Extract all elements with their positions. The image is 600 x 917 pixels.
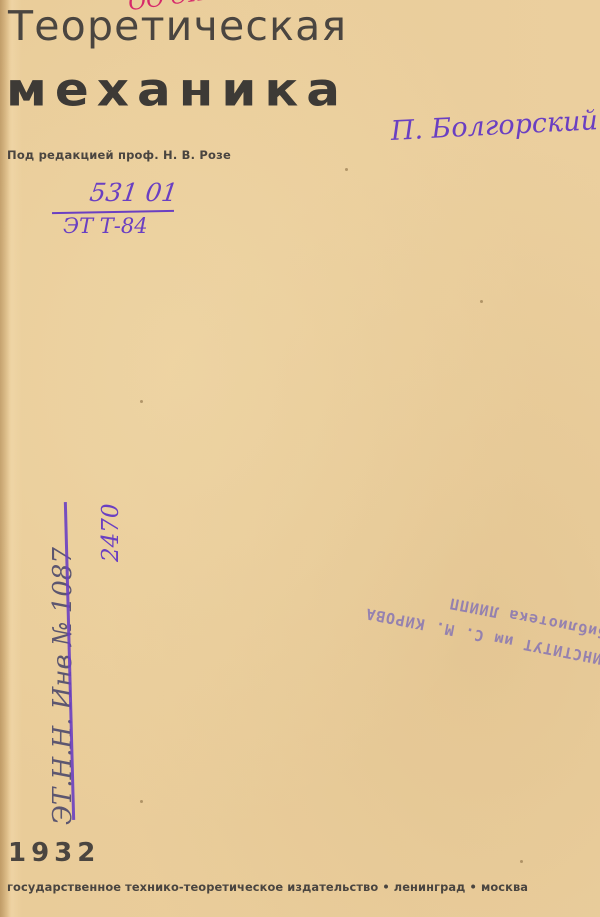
book-title-line-2: механика: [6, 64, 348, 116]
book-cover: ОО ЭК Теоретическая механика Под редакци…: [0, 0, 600, 917]
library-stamp: ИНСТИТУТ им С. М. КИРОВА Библиотека ЛИИП…: [364, 518, 600, 672]
paper-speck: [345, 168, 348, 171]
paper-speck: [140, 400, 143, 403]
library-classmark-bottom: ЭТ Т-84: [63, 214, 148, 238]
book-title-line-1: Теоретическая: [8, 2, 347, 50]
library-classmark-top: 531 01: [88, 178, 180, 207]
paper-speck: [480, 300, 483, 303]
spine-edge: [0, 0, 10, 917]
owner-signature: П. Болгорский: [390, 105, 599, 147]
publication-year: 1932: [8, 838, 100, 868]
inventory-number: 2470: [98, 503, 124, 562]
publisher-line: государственное технико-теоретическое из…: [7, 880, 528, 894]
paper-speck: [140, 800, 143, 803]
paper-speck: [520, 860, 523, 863]
editor-credit: Под редакцией проф. Н. В. Розе: [7, 148, 231, 162]
